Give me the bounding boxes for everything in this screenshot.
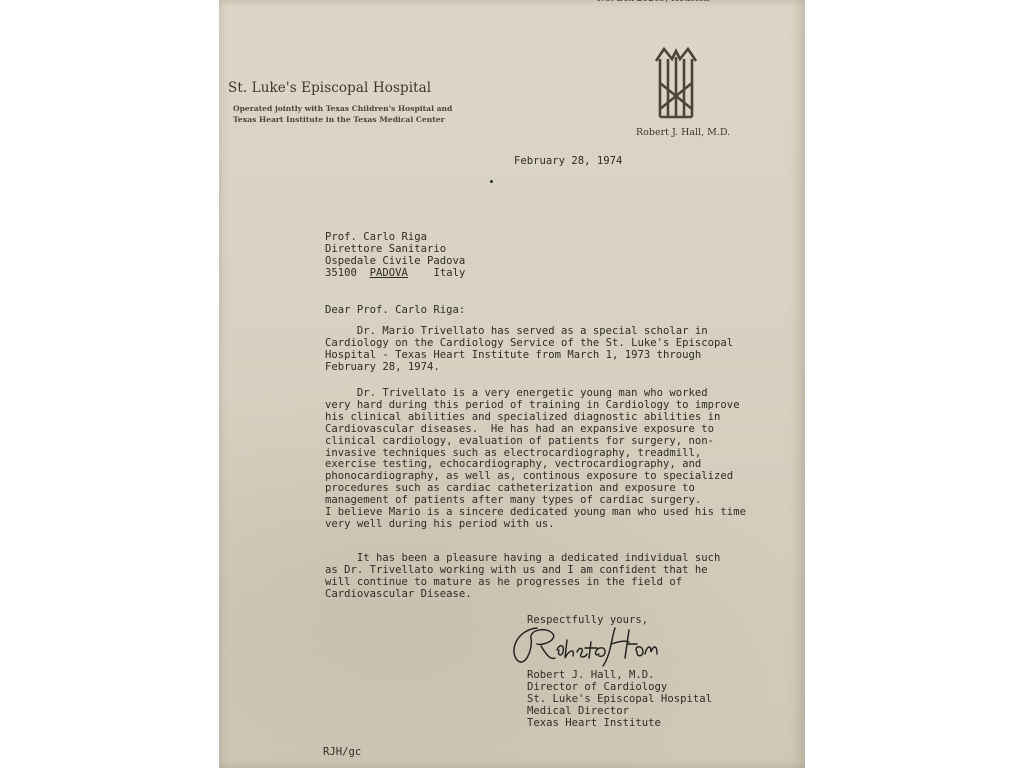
recipient-address: Prof. Carlo RigaDirettore SanitarioOsped… <box>325 232 465 280</box>
recipient-city-line: 35100 PADOVA Italy <box>325 268 465 280</box>
body-paragraph-2: Dr. Trivellato is a very energetic young… <box>325 388 746 531</box>
ink-speck <box>490 180 493 183</box>
letter-date: February 28, 1974 <box>514 156 622 168</box>
reference-initials: RJH/gc <box>323 747 361 759</box>
salutation: Dear Prof. Carlo Riga: <box>325 305 465 317</box>
signer-organization-2: Texas Heart Institute <box>527 718 712 730</box>
city: PADOVA <box>370 267 408 279</box>
hospital-subtitle: Operated jointly with Texas Children's H… <box>233 104 452 125</box>
body-paragraph-3: It has been a pleasure having a dedicate… <box>325 553 720 601</box>
postal-code: 35100 <box>325 267 357 279</box>
po-box-address: P.O. Box 20269, Houston <box>597 0 710 4</box>
hospital-name: St. Luke's Episcopal Hospital <box>228 80 431 96</box>
signature-block: Robert J. Hall, M.D.Director of Cardiolo… <box>527 670 712 730</box>
country: Italy <box>433 267 465 279</box>
body-paragraph-1: Dr. Mario Trivellato has served as a spe… <box>325 326 733 374</box>
letterhead-physician: Robert J. Hall, M.D. <box>636 127 730 138</box>
signer-organization: St. Luke's Episcopal Hospital <box>527 694 712 706</box>
triple-arrow-emblem-icon <box>652 45 700 119</box>
subtitle-line: Operated jointly with Texas Children's H… <box>233 104 452 115</box>
signer-title-2: Medical Director <box>527 706 712 718</box>
subtitle-line: Texas Heart Institute in the Texas Medic… <box>233 115 452 126</box>
handwritten-signature-icon <box>507 620 667 670</box>
